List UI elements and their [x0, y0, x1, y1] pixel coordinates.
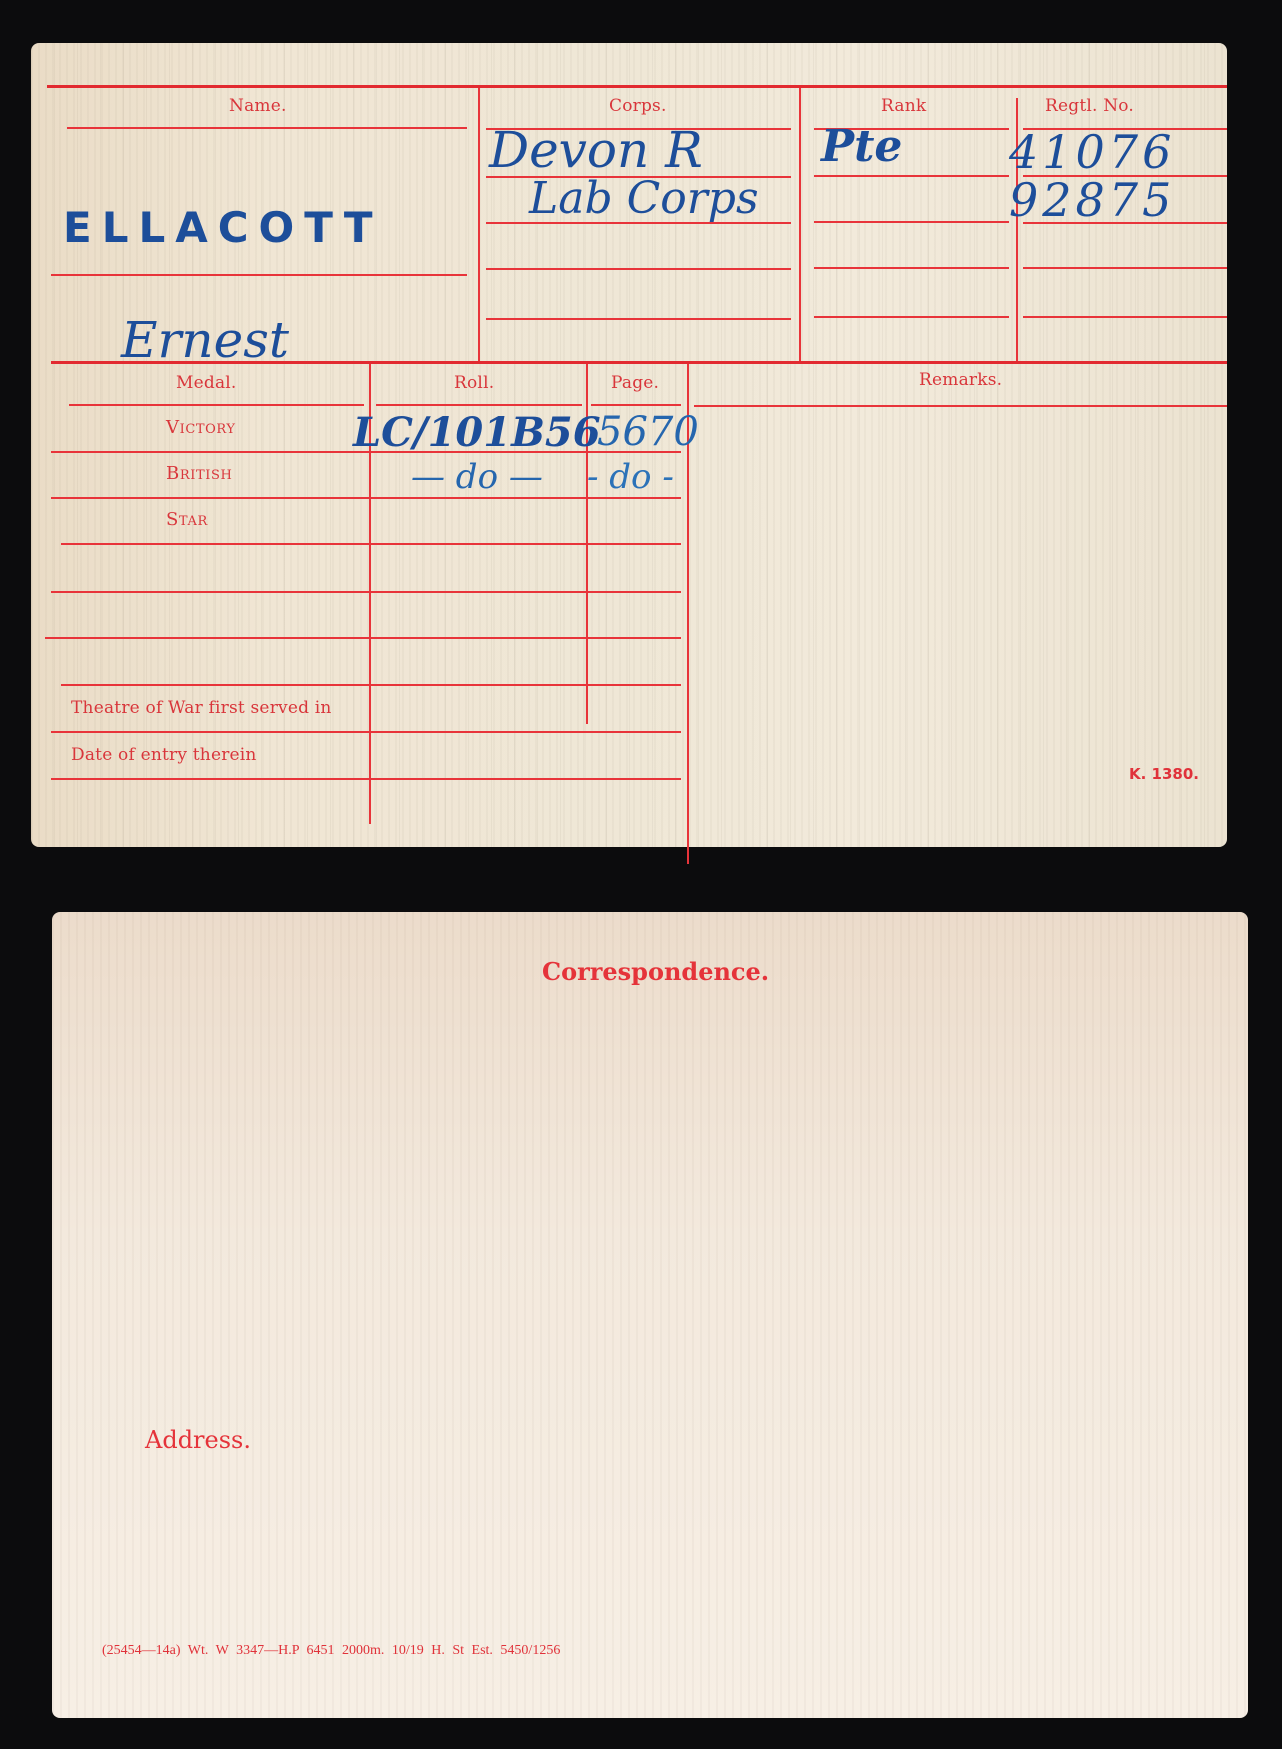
date-entry-label: Date of entry therein	[71, 745, 257, 765]
rule	[486, 268, 791, 270]
rule	[61, 543, 681, 545]
regtl-no-entry-1: 41076	[1009, 125, 1175, 179]
rule	[51, 497, 681, 499]
medal-card-front: Name. Corps. Rank Regtl. No. ELLACOTT Er…	[31, 43, 1227, 847]
address-label: Address.	[145, 1426, 251, 1454]
printer-imprint: (25454—14a) Wt. W 3347—H.P 6451 2000m. 1…	[102, 1643, 560, 1659]
rule	[814, 267, 1009, 269]
medal-card-back: Correspondence. Address. (25454—14a) Wt.…	[52, 912, 1248, 1718]
divider-name-corps	[478, 88, 480, 363]
header-page: Page.	[611, 373, 659, 393]
regtl-no-entry-2: 92875	[1009, 173, 1175, 227]
rule	[51, 274, 467, 276]
header-medal: Medal.	[176, 373, 237, 393]
british-roll-entry: — do —	[411, 457, 543, 497]
rule	[814, 221, 1009, 223]
rule	[486, 318, 791, 320]
medal-section-rule	[51, 361, 1227, 364]
medal-british-label: British	[166, 463, 232, 484]
rule	[814, 175, 1009, 177]
rule	[69, 404, 364, 406]
medal-star-label: Star	[166, 509, 208, 530]
rule	[814, 316, 1009, 318]
rule	[1023, 316, 1227, 318]
victory-page-entry: 5670	[597, 409, 699, 455]
rule	[591, 404, 681, 406]
corps-entry-2: Lab Corps	[529, 173, 759, 224]
corps-entry-1: Devon R	[489, 121, 703, 179]
header-rank: Rank	[881, 96, 926, 116]
header-name: Name.	[229, 96, 287, 116]
divider-corps-rank	[799, 88, 801, 363]
theatre-label: Theatre of War first served in	[71, 698, 332, 718]
header-regtl-no: Regtl. No.	[1045, 96, 1134, 116]
header-remarks: Remarks.	[919, 370, 1002, 390]
rule	[376, 404, 582, 406]
surname-entry: ELLACOTT	[63, 203, 383, 252]
rule	[45, 637, 681, 639]
rule	[1023, 267, 1227, 269]
rule	[67, 127, 467, 129]
header-corps: Corps.	[609, 96, 667, 116]
british-page-entry: - do -	[587, 457, 674, 497]
form-code: K. 1380.	[1129, 765, 1199, 783]
rule	[51, 731, 681, 733]
medal-victory-label: Victory	[166, 417, 236, 438]
header-roll: Roll.	[454, 373, 494, 393]
top-rule	[47, 85, 1227, 88]
correspondence-title: Correspondence.	[542, 957, 769, 986]
rank-entry: Pte	[821, 121, 902, 172]
rule	[51, 591, 681, 593]
rule	[61, 684, 681, 686]
victory-roll-entry: LC/101B56	[353, 409, 601, 456]
rule	[51, 778, 681, 780]
remarks-rule	[694, 405, 1227, 407]
